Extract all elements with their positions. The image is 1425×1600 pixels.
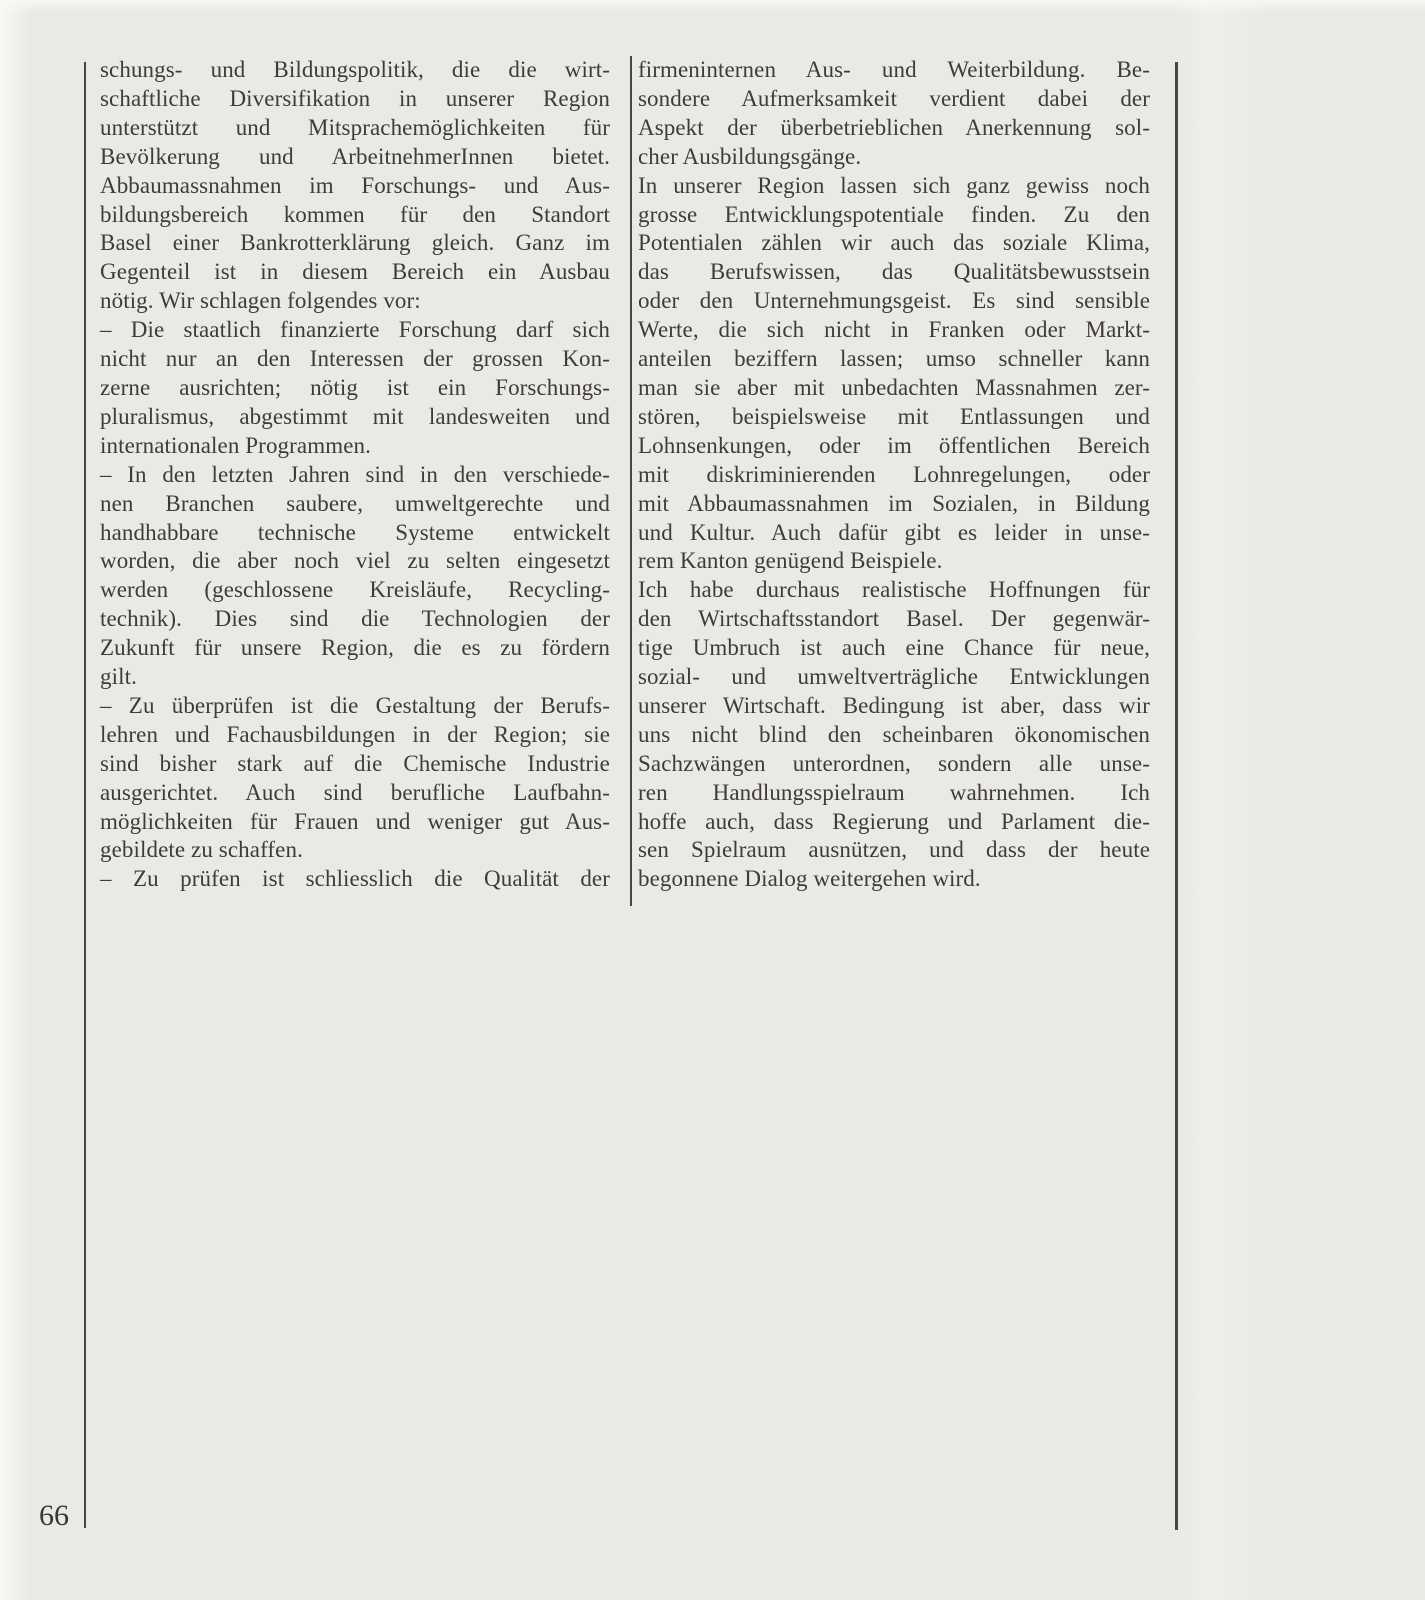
text-line: rem Kanton genügend Beispiele. <box>638 547 1150 576</box>
text-line: – Zu überprüfen ist die Gestaltung der B… <box>100 692 610 721</box>
left-margin-rule <box>84 62 86 1528</box>
text-line: Werte, die sich nicht in Franken oder Ma… <box>638 316 1150 345</box>
text-line: hoffe auch, dass Regierung und Parlament… <box>638 808 1150 837</box>
text-line: lehren und Fachausbildungen in der Regio… <box>100 721 610 750</box>
page-number: 66 <box>39 1499 69 1533</box>
text-line: nötig. Wir schlagen folgendes vor: <box>100 287 610 316</box>
text-line: In unserer Region lassen sich ganz gewis… <box>638 172 1150 201</box>
text-line: grosse Entwicklungspotentiale finden. Zu… <box>638 201 1150 230</box>
text-line: pluralismus, abgestimmt mit landesweiten… <box>100 403 610 432</box>
text-line: Sachzwängen unterordnen, sondern alle un… <box>638 750 1150 779</box>
scanned-page: schungs- und Bildungspolitik, die die wi… <box>0 0 1425 1600</box>
text-line: Bevölkerung und ArbeitnehmerInnen bietet… <box>100 143 610 172</box>
text-line: uns nicht blind den scheinbaren ökonomis… <box>638 721 1150 750</box>
text-line: handhabbare technische Systeme entwickel… <box>100 519 610 548</box>
text-line: sind bisher stark auf die Chemische Indu… <box>100 750 610 779</box>
text-line: nen Branchen saubere, umweltgerechte und <box>100 490 610 519</box>
text-line: worden, die aber noch viel zu selten ein… <box>100 547 610 576</box>
text-line: mit Abbaumassnahmen im Sozialen, in Bild… <box>638 490 1150 519</box>
text-line: – Die staatlich finanzierte Forschung da… <box>100 316 610 345</box>
text-line: werden (geschlossene Kreisläufe, Recycli… <box>100 576 610 605</box>
text-line: firmeninternen Aus- und Weiterbildung. B… <box>638 56 1150 85</box>
right-column: firmeninternen Aus- und Weiterbildung. B… <box>638 56 1150 894</box>
text-line: möglichkeiten für Frauen und weniger gut… <box>100 808 610 837</box>
text-line: ausgerichtet. Auch sind berufliche Laufb… <box>100 779 610 808</box>
text-line: – Zu prüfen ist schliesslich die Qualitä… <box>100 865 610 894</box>
text-line: ren Handlungsspielraum wahrnehmen. Ich <box>638 779 1150 808</box>
text-line: schungs- und Bildungspolitik, die die wi… <box>100 56 610 85</box>
text-line: – In den letzten Jahren sind in den vers… <box>100 461 610 490</box>
text-line: Ich habe durchaus realistische Hoffnunge… <box>638 576 1150 605</box>
text-line: man sie aber mit unbedachten Massnahmen … <box>638 374 1150 403</box>
text-line: zerne ausrichten; nötig ist ein Forschun… <box>100 374 610 403</box>
left-column: schungs- und Bildungspolitik, die die wi… <box>100 56 610 894</box>
text-line: und Kultur. Auch dafür gibt es leider in… <box>638 519 1150 548</box>
text-line: schaftliche Diversifikation in unserer R… <box>100 85 610 114</box>
text-line: unserer Wirtschaft. Bedingung ist aber, … <box>638 692 1150 721</box>
text-line: nicht nur an den Interessen der grossen … <box>100 345 610 374</box>
text-line: Basel einer Bankrotterklärung gleich. Ga… <box>100 229 610 258</box>
text-line: Abbaumassnahmen im Forschungs- und Aus- <box>100 172 610 201</box>
text-line: das Berufswissen, das Qualitätsbewusstse… <box>638 258 1150 287</box>
text-line: Gegenteil ist in diesem Bereich ein Ausb… <box>100 258 610 287</box>
text-line: gebildete zu schaffen. <box>100 836 610 865</box>
text-line: mit diskriminierenden Lohnregelungen, od… <box>638 461 1150 490</box>
right-margin-rule <box>1175 62 1178 1530</box>
text-line: Potentialen zählen wir auch das soziale … <box>638 229 1150 258</box>
text-line: den Wirtschaftsstandort Basel. Der gegen… <box>638 605 1150 634</box>
text-line: gilt. <box>100 663 610 692</box>
column-divider-rule <box>630 56 632 906</box>
text-line: Lohnsenkungen, oder im öffentlichen Bere… <box>638 432 1150 461</box>
text-line: anteilen beziffern lassen; umso schnelle… <box>638 345 1150 374</box>
text-line: oder den Unternehmungsgeist. Es sind sen… <box>638 287 1150 316</box>
text-line: tige Umbruch ist auch eine Chance für ne… <box>638 634 1150 663</box>
text-line: sen Spielraum ausnützen, und dass der he… <box>638 836 1150 865</box>
text-line: unterstützt und Mitsprachemöglichkeiten … <box>100 114 610 143</box>
text-line: begonnene Dialog weitergehen wird. <box>638 865 1150 894</box>
text-line: internationalen Programmen. <box>100 432 610 461</box>
text-line: technik). Dies sind die Technologien der <box>100 605 610 634</box>
text-line: sondere Aufmerksamkeit verdient dabei de… <box>638 85 1150 114</box>
text-line: stören, beispielsweise mit Entlassungen … <box>638 403 1150 432</box>
text-line: Aspekt der überbetrieblichen Anerkennung… <box>638 114 1150 143</box>
text-line: sozial- und umweltverträgliche Entwicklu… <box>638 663 1150 692</box>
text-line: bildungsbereich kommen für den Standort <box>100 201 610 230</box>
text-line: cher Ausbildungsgänge. <box>638 143 1150 172</box>
text-line: Zukunft für unsere Region, die es zu för… <box>100 634 610 663</box>
